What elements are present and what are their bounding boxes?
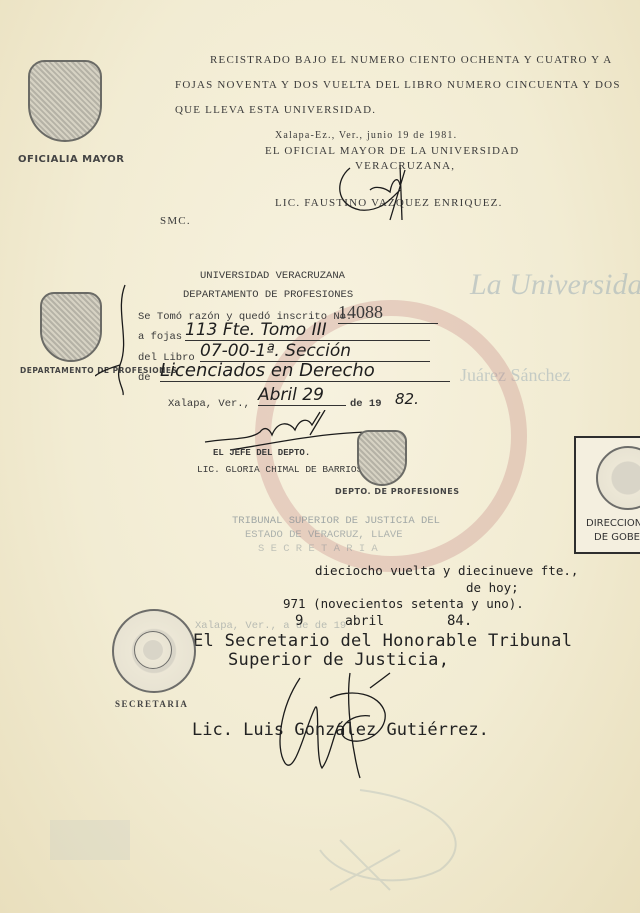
tribunal-ghost-1: TRIBUNAL SUPERIOR DE JUSTICIA DEL <box>232 515 440 527</box>
signer-name: Lic. Luis González Gutiérrez. <box>192 720 489 740</box>
gobernacion-line-2: DE GOBER <box>594 532 640 543</box>
tribunal-ghost-3: S E C R E T A R I A <box>258 543 378 555</box>
mexican-eagle-seal-icon <box>596 446 640 510</box>
bleed-title: La Universidad Veracruzana <box>470 268 640 302</box>
seal-oficialia-mayor <box>28 60 103 150</box>
dept-seal-label: DEPTO. DE PROFESIONES <box>335 487 459 496</box>
gobernacion-stamp: DIRECCION DE GOBER <box>574 436 640 554</box>
year-value: 82. <box>395 390 419 408</box>
gobernacion-line-1: DIRECCION <box>586 518 640 529</box>
tribunal-title-1: El Secretario del Honorable Tribunal <box>193 631 572 651</box>
chief-name: LIC. GLORIA CHIMAL DE BARRIOS <box>197 464 362 475</box>
bracket-flourish <box>95 280 135 400</box>
tribunal-ghost-2: ESTADO DE VERACRUZ, LLAVE <box>245 529 403 541</box>
tribunal-hand-2: de hoy; <box>466 580 519 595</box>
registration-line-1: RECISTRADO BAJO EL NUMERO CIENTO OCHENTA… <box>210 54 612 66</box>
date-mid: de 19 <box>350 398 382 410</box>
registration-place-date: Xalapa-Ez., Ver., junio 19 de 1981. <box>275 130 457 141</box>
row4-label: de <box>138 372 151 384</box>
official-title-1: EL OFICIAL MAYOR DE LA UNIVERSIDAD <box>265 145 519 157</box>
fojas-value: 113 Fte. Tomo III <box>185 320 430 341</box>
registration-line-2: FOJAS NOVENTA Y DOS VUELTA DEL LIBRO NUM… <box>175 79 621 91</box>
registration-line-3: QUE LLEVA ESTA UNIVERSIDAD. <box>175 104 376 116</box>
date-value: Abril 29 <box>258 385 346 406</box>
tribunal-hand-1: dieciocho vuelta y diecinueve fte., <box>315 563 578 578</box>
tribunal-month: abril <box>345 614 384 629</box>
chief-title: EL JEFE DEL DEPTO. <box>213 448 310 458</box>
tribunal-day: 9 <box>295 613 303 629</box>
signature-oficial-mayor <box>330 160 440 230</box>
seal-oficialia-label: OFICIALIA MAYOR <box>18 154 124 165</box>
tribunal-hand-3: 971 (novecientos setenta y uno). <box>283 596 524 611</box>
tribunal-year: 84. <box>447 613 472 629</box>
coat-of-arms-icon <box>28 60 102 142</box>
seal-inner <box>134 631 172 669</box>
row2-label: a fojas <box>138 331 182 343</box>
seal-tribunal-label: SECRETARIA <box>115 699 188 709</box>
initials: SMC. <box>160 215 191 227</box>
profesiones-header-2: DEPARTAMENTO DE PROFESIONES <box>183 289 353 301</box>
profesiones-header-1: UNIVERSIDAD VERACRUZANA <box>200 270 345 282</box>
tribunal-title-2: Superior de Justicia, <box>228 650 449 670</box>
coat-of-arms-icon <box>357 430 407 486</box>
round-seal-icon <box>112 609 196 693</box>
libro-value: 07-00-1ª. Sección <box>200 341 430 362</box>
bleed-marks <box>40 780 520 900</box>
de-value: Licenciados en Derecho <box>160 360 450 382</box>
coat-of-arms-icon <box>40 292 102 362</box>
date-label: Xalapa, Ver., <box>168 398 250 410</box>
